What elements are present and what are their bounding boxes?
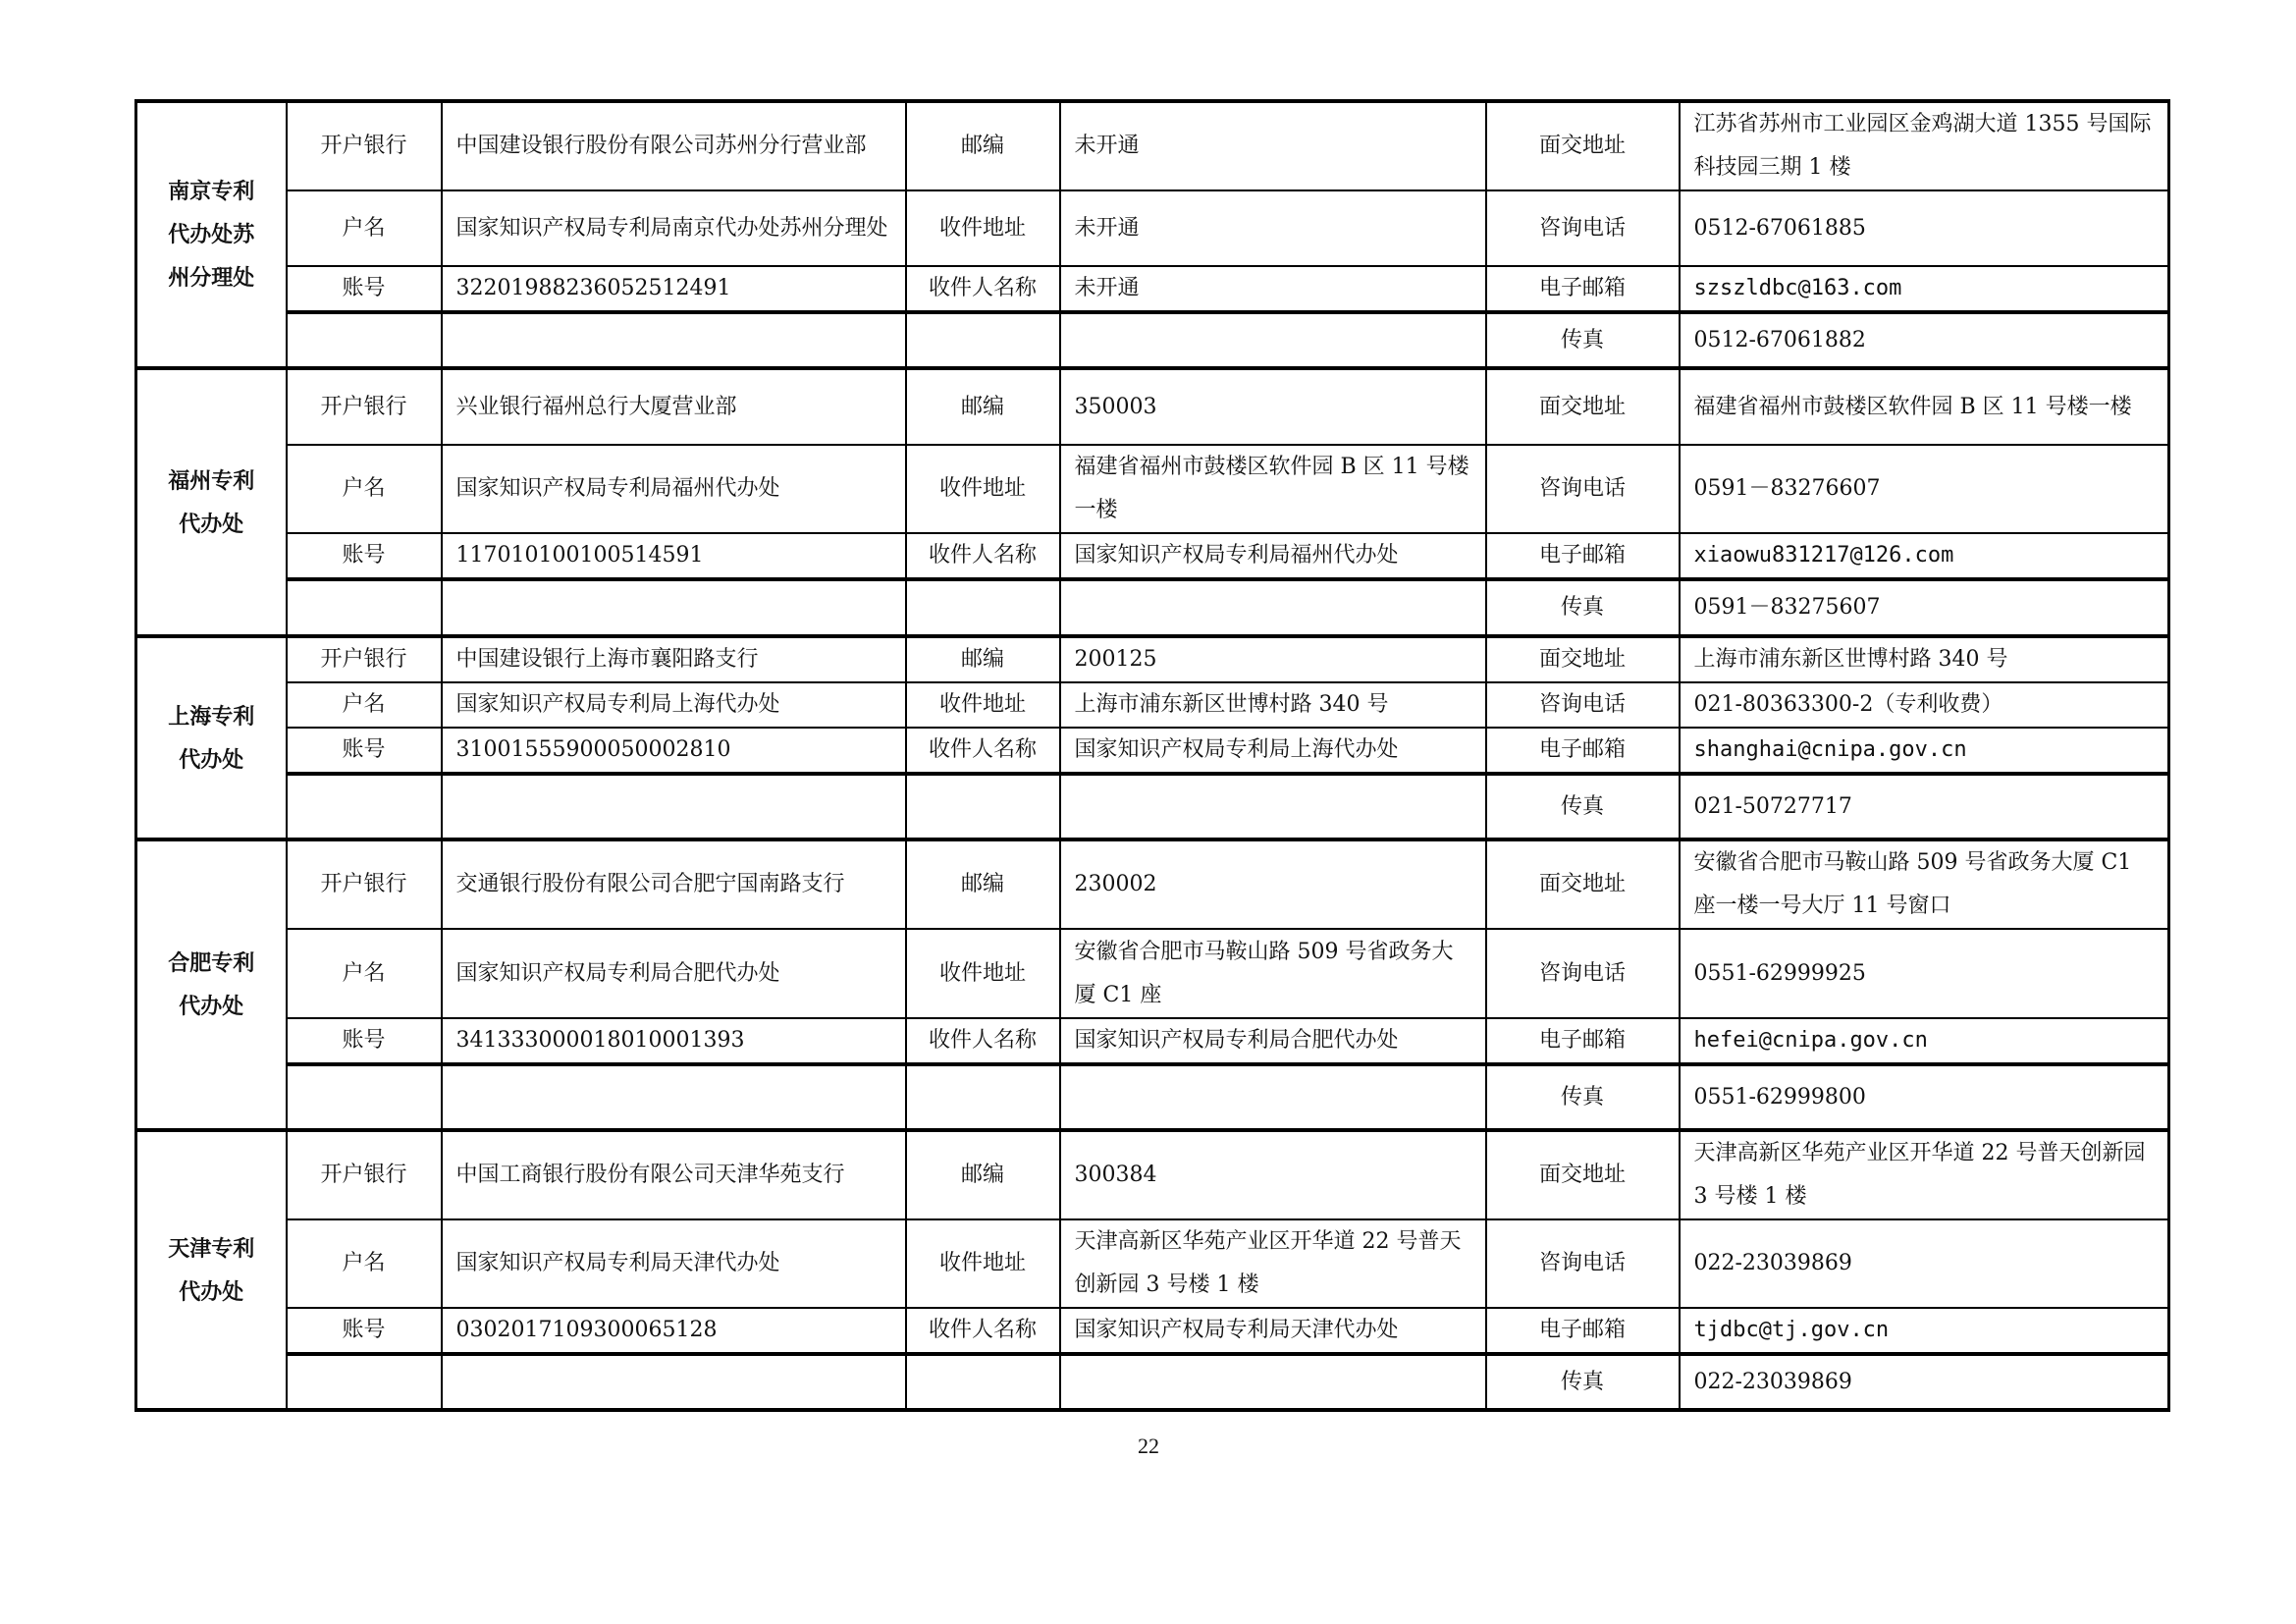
office-name-line: 州分理处 <box>151 256 272 299</box>
recipient-value: 国家知识产权局专利局福州代办处 <box>1060 533 1486 579</box>
fax-value: 0512-67061882 <box>1680 312 2169 368</box>
table-row: 合肥专利代办处开户银行交通银行股份有限公司合肥宁国南路支行邮编230002面交地… <box>136 839 2169 929</box>
counter-address-label: 面交地址 <box>1486 636 1680 682</box>
empty-cell <box>442 774 906 839</box>
phone-value: 0512-67061885 <box>1680 190 2169 266</box>
mail-address-value: 安徽省合肥市马鞍山路 509 号省政务大厦 C1 座 <box>1060 929 1486 1018</box>
bank-label: 开户银行 <box>287 368 442 445</box>
account-name-label: 户名 <box>287 929 442 1018</box>
email-label: 电子邮箱 <box>1486 1018 1680 1064</box>
table-row: 传真0551-62999800 <box>136 1064 2169 1130</box>
postcode-value: 200125 <box>1060 636 1486 682</box>
office-name: 合肥专利代办处 <box>136 839 287 1130</box>
account-number-label: 账号 <box>287 1018 442 1064</box>
office-name: 福州专利代办处 <box>136 368 287 636</box>
table-row: 户名国家知识产权局专利局天津代办处收件地址天津高新区华苑产业区开华道 22 号普… <box>136 1219 2169 1308</box>
table-row: 账号32201988236052512491收件人名称未开通电子邮箱szszld… <box>136 266 2169 312</box>
empty-cell <box>906 312 1060 368</box>
counter-address-label: 面交地址 <box>1486 101 1680 190</box>
empty-cell <box>1060 1354 1486 1410</box>
mail-address-label: 收件地址 <box>906 190 1060 266</box>
empty-cell <box>1060 312 1486 368</box>
account-name-value: 国家知识产权局专利局上海代办处 <box>442 682 906 728</box>
table-row: 户名国家知识产权局专利局上海代办处收件地址上海市浦东新区世博村路 340 号咨询… <box>136 682 2169 728</box>
postcode-value: 未开通 <box>1060 101 1486 190</box>
table-row: 账号31001555900050002810收件人名称国家知识产权局专利局上海代… <box>136 728 2169 774</box>
recipient-label: 收件人名称 <box>906 533 1060 579</box>
postcode-label: 邮编 <box>906 636 1060 682</box>
office-name-line: 南京专利 <box>151 170 272 213</box>
email-value: szszldbc@163.com <box>1680 266 2169 312</box>
email-value: hefei@cnipa.gov.cn <box>1680 1018 2169 1064</box>
office-name-line: 代办处苏 <box>151 213 272 256</box>
table-row: 传真0512-67061882 <box>136 312 2169 368</box>
mail-address-value: 上海市浦东新区世博村路 340 号 <box>1060 682 1486 728</box>
recipient-value: 未开通 <box>1060 266 1486 312</box>
mail-address-label: 收件地址 <box>906 445 1060 533</box>
document-page: 南京专利代办处苏州分理处开户银行中国建设银行股份有限公司苏州分行营业部邮编未开通… <box>0 0 2296 1624</box>
empty-cell <box>1060 579 1486 636</box>
office-name: 天津专利代办处 <box>136 1130 287 1410</box>
empty-cell <box>287 1064 442 1130</box>
table-row: 账号341333000018010001393收件人名称国家知识产权局专利局合肥… <box>136 1018 2169 1064</box>
mail-address-label: 收件地址 <box>906 682 1060 728</box>
empty-cell <box>442 1354 906 1410</box>
empty-cell <box>287 312 442 368</box>
mail-address-value: 天津高新区华苑产业区开华道 22 号普天创新园 3 号楼 1 楼 <box>1060 1219 1486 1308</box>
bank-value: 中国建设银行股份有限公司苏州分行营业部 <box>442 101 906 190</box>
empty-cell <box>442 579 906 636</box>
empty-cell <box>442 1064 906 1130</box>
table-row: 户名国家知识产权局专利局南京代办处苏州分理处收件地址未开通咨询电话0512-67… <box>136 190 2169 266</box>
bank-label: 开户银行 <box>287 101 442 190</box>
account-number-label: 账号 <box>287 266 442 312</box>
bank-label: 开户银行 <box>287 1130 442 1219</box>
empty-cell <box>906 774 1060 839</box>
account-number-value: 31001555900050002810 <box>442 728 906 774</box>
account-number-label: 账号 <box>287 533 442 579</box>
recipient-label: 收件人名称 <box>906 1018 1060 1064</box>
counter-address-value: 天津高新区华苑产业区开华道 22 号普天创新园 3 号楼 1 楼 <box>1680 1130 2169 1219</box>
account-number-value: 32201988236052512491 <box>442 266 906 312</box>
postcode-label: 邮编 <box>906 1130 1060 1219</box>
email-value: shanghai@cnipa.gov.cn <box>1680 728 2169 774</box>
empty-cell <box>287 774 442 839</box>
email-label: 电子邮箱 <box>1486 728 1680 774</box>
bank-label: 开户银行 <box>287 636 442 682</box>
office-name-line: 合肥专利 <box>151 942 272 985</box>
mail-address-label: 收件地址 <box>906 929 1060 1018</box>
mail-address-label: 收件地址 <box>906 1219 1060 1308</box>
table-body: 南京专利代办处苏州分理处开户银行中国建设银行股份有限公司苏州分行营业部邮编未开通… <box>136 101 2169 1410</box>
office-name-line: 代办处 <box>151 503 272 546</box>
bank-value: 兴业银行福州总行大厦营业部 <box>442 368 906 445</box>
empty-cell <box>906 1354 1060 1410</box>
office-name-line: 天津专利 <box>151 1227 272 1271</box>
table-row: 传真021-50727717 <box>136 774 2169 839</box>
phone-label: 咨询电话 <box>1486 190 1680 266</box>
account-number-value: 117010100100514591 <box>442 533 906 579</box>
table-row: 上海专利代办处开户银行中国建设银行上海市襄阳路支行邮编200125面交地址上海市… <box>136 636 2169 682</box>
account-name-value: 国家知识产权局专利局南京代办处苏州分理处 <box>442 190 906 266</box>
empty-cell <box>1060 774 1486 839</box>
phone-value: 0591－83276607 <box>1680 445 2169 533</box>
counter-address-label: 面交地址 <box>1486 839 1680 929</box>
phone-value: 0551-62999925 <box>1680 929 2169 1018</box>
table-row: 福州专利代办处开户银行兴业银行福州总行大厦营业部邮编350003面交地址福建省福… <box>136 368 2169 445</box>
account-number-value: 341333000018010001393 <box>442 1018 906 1064</box>
postcode-value: 350003 <box>1060 368 1486 445</box>
recipient-label: 收件人名称 <box>906 266 1060 312</box>
phone-value: 021-80363300-2（专利收费） <box>1680 682 2169 728</box>
office-name-line: 福州专利 <box>151 460 272 503</box>
empty-cell <box>906 1064 1060 1130</box>
table-row: 账号117010100100514591收件人名称国家知识产权局专利局福州代办处… <box>136 533 2169 579</box>
account-name-value: 国家知识产权局专利局合肥代办处 <box>442 929 906 1018</box>
bank-label: 开户银行 <box>287 839 442 929</box>
mail-address-value: 福建省福州市鼓楼区软件园 B 区 11 号楼一楼 <box>1060 445 1486 533</box>
account-number-label: 账号 <box>287 728 442 774</box>
recipient-label: 收件人名称 <box>906 1308 1060 1354</box>
fax-value: 021-50727717 <box>1680 774 2169 839</box>
email-value: xiaowu831217@126.com <box>1680 533 2169 579</box>
table-row: 传真022-23039869 <box>136 1354 2169 1410</box>
table-row: 户名国家知识产权局专利局合肥代办处收件地址安徽省合肥市马鞍山路 509 号省政务… <box>136 929 2169 1018</box>
fax-value: 0591－83275607 <box>1680 579 2169 636</box>
fax-value: 0551-62999800 <box>1680 1064 2169 1130</box>
phone-label: 咨询电话 <box>1486 682 1680 728</box>
postcode-label: 邮编 <box>906 368 1060 445</box>
bank-value: 中国建设银行上海市襄阳路支行 <box>442 636 906 682</box>
recipient-value: 国家知识产权局专利局天津代办处 <box>1060 1308 1486 1354</box>
table-row: 账号0302017109300065128收件人名称国家知识产权局专利局天津代办… <box>136 1308 2169 1354</box>
fax-label: 传真 <box>1486 1354 1680 1410</box>
account-number-value: 0302017109300065128 <box>442 1308 906 1354</box>
office-name-line: 代办处 <box>151 738 272 782</box>
account-name-label: 户名 <box>287 682 442 728</box>
mail-address-value: 未开通 <box>1060 190 1486 266</box>
phone-label: 咨询电话 <box>1486 445 1680 533</box>
fax-label: 传真 <box>1486 1064 1680 1130</box>
empty-cell <box>1060 1064 1486 1130</box>
bank-value: 中国工商银行股份有限公司天津华苑支行 <box>442 1130 906 1219</box>
phone-label: 咨询电话 <box>1486 1219 1680 1308</box>
email-label: 电子邮箱 <box>1486 1308 1680 1354</box>
account-name-value: 国家知识产权局专利局福州代办处 <box>442 445 906 533</box>
postcode-label: 邮编 <box>906 101 1060 190</box>
email-value: tjdbc@tj.gov.cn <box>1680 1308 2169 1354</box>
fax-label: 传真 <box>1486 312 1680 368</box>
recipient-label: 收件人名称 <box>906 728 1060 774</box>
account-name-value: 国家知识产权局专利局天津代办处 <box>442 1219 906 1308</box>
phone-label: 咨询电话 <box>1486 929 1680 1018</box>
account-name-label: 户名 <box>287 190 442 266</box>
counter-address-value: 安徽省合肥市马鞍山路 509 号省政务大厦 C1 座一楼一号大厅 11 号窗口 <box>1680 839 2169 929</box>
phone-value: 022-23039869 <box>1680 1219 2169 1308</box>
empty-cell <box>906 579 1060 636</box>
recipient-value: 国家知识产权局专利局合肥代办处 <box>1060 1018 1486 1064</box>
empty-cell <box>442 312 906 368</box>
fax-label: 传真 <box>1486 774 1680 839</box>
office-name: 南京专利代办处苏州分理处 <box>136 101 287 368</box>
table-row: 南京专利代办处苏州分理处开户银行中国建设银行股份有限公司苏州分行营业部邮编未开通… <box>136 101 2169 190</box>
postcode-label: 邮编 <box>906 839 1060 929</box>
empty-cell <box>287 1354 442 1410</box>
counter-address-label: 面交地址 <box>1486 368 1680 445</box>
table-row: 天津专利代办处开户银行中国工商银行股份有限公司天津华苑支行邮编300384面交地… <box>136 1130 2169 1219</box>
counter-address-value: 江苏省苏州市工业园区金鸡湖大道 1355 号国际科技园三期 1 楼 <box>1680 101 2169 190</box>
office-name-line: 上海专利 <box>151 695 272 738</box>
fax-value: 022-23039869 <box>1680 1354 2169 1410</box>
fax-label: 传真 <box>1486 579 1680 636</box>
account-name-label: 户名 <box>287 1219 442 1308</box>
page-number: 22 <box>1119 1434 1178 1459</box>
counter-address-label: 面交地址 <box>1486 1130 1680 1219</box>
table-row: 传真0591－83275607 <box>136 579 2169 636</box>
recipient-value: 国家知识产权局专利局上海代办处 <box>1060 728 1486 774</box>
account-name-label: 户名 <box>287 445 442 533</box>
office-name-line: 代办处 <box>151 1271 272 1314</box>
counter-address-value: 福建省福州市鼓楼区软件园 B 区 11 号楼一楼 <box>1680 368 2169 445</box>
email-label: 电子邮箱 <box>1486 533 1680 579</box>
counter-address-value: 上海市浦东新区世博村路 340 号 <box>1680 636 2169 682</box>
patent-agency-offices-table: 南京专利代办处苏州分理处开户银行中国建设银行股份有限公司苏州分行营业部邮编未开通… <box>134 99 2170 1412</box>
empty-cell <box>287 579 442 636</box>
table-row: 户名国家知识产权局专利局福州代办处收件地址福建省福州市鼓楼区软件园 B 区 11… <box>136 445 2169 533</box>
office-name-line: 代办处 <box>151 985 272 1028</box>
postcode-value: 300384 <box>1060 1130 1486 1219</box>
bank-value: 交通银行股份有限公司合肥宁国南路支行 <box>442 839 906 929</box>
postcode-value: 230002 <box>1060 839 1486 929</box>
email-label: 电子邮箱 <box>1486 266 1680 312</box>
account-number-label: 账号 <box>287 1308 442 1354</box>
office-name: 上海专利代办处 <box>136 636 287 839</box>
